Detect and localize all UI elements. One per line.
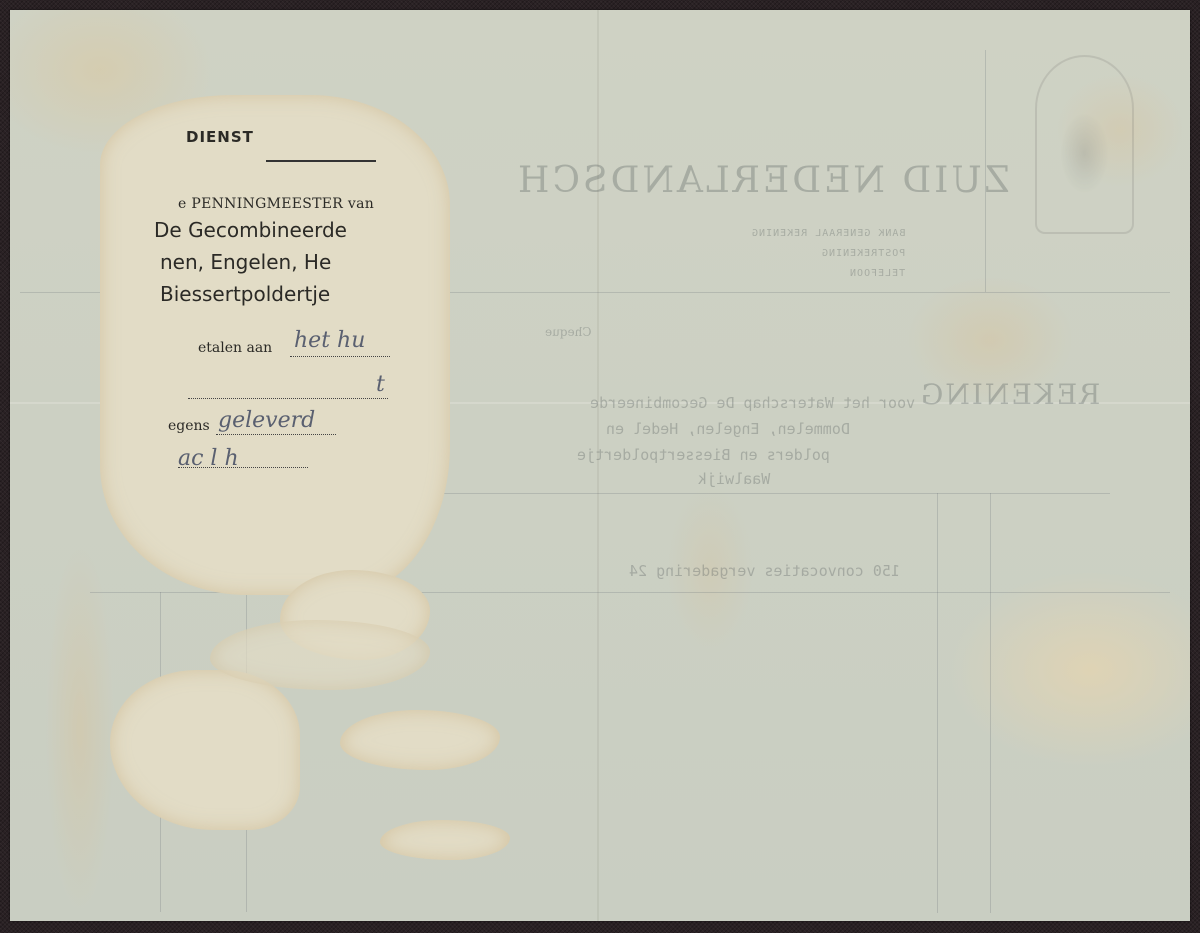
label-rule xyxy=(266,160,376,162)
handwriting-line2: t xyxy=(376,372,385,397)
bleed-typed-line: polders en Biessertpoldertje xyxy=(577,446,830,464)
label-org-line: Biessertpoldertje xyxy=(160,282,330,306)
treasurer-prefix: e xyxy=(178,196,187,212)
handwriting-reason: geleverd xyxy=(218,408,315,433)
handwriting-line4: ac l h xyxy=(178,446,239,471)
bleed-typed-line: 150 convocaties vergadering 24 xyxy=(629,562,900,580)
water-stain xyxy=(210,620,430,690)
bleed-company-sub: TELEFOON xyxy=(849,268,905,279)
label-header: DIENST xyxy=(186,128,254,146)
bleed-small-text: Cheque xyxy=(545,325,592,339)
field-reason-label: egens xyxy=(168,418,210,434)
document-sheet: ZUID NEDERLANDSCH BANK GENERAAL REKENING… xyxy=(10,10,1190,921)
bleed-invoice-heading: REKENING xyxy=(919,378,1100,411)
field-pay-to-label: etalen aan xyxy=(198,340,272,356)
water-stain xyxy=(340,710,500,770)
ruled-line xyxy=(990,493,991,913)
water-stain xyxy=(380,820,510,860)
ruled-line xyxy=(937,493,938,913)
pasted-label: DIENST e PENNINGMEESTER van De Gecombine… xyxy=(118,110,418,530)
crest-icon xyxy=(1035,55,1134,234)
water-stain xyxy=(110,670,300,830)
label-org-line: De Gecombineerde xyxy=(154,218,347,242)
bleed-company-name: ZUID NEDERLANDSCH xyxy=(515,160,1010,201)
bleed-typed-line: Waalwijk xyxy=(698,470,770,488)
label-org-line: nen, Engelen, He xyxy=(160,250,331,274)
label-treasurer: e PENNINGMEESTER van xyxy=(178,196,374,212)
treasurer-text: PENNINGMEESTER van xyxy=(191,196,374,212)
fold-line-vertical xyxy=(597,10,599,921)
bleed-company-sub: BANK GENERAAL REKENING xyxy=(751,228,905,239)
dotted-line xyxy=(188,398,388,399)
bleed-typed-line: Dommelen, Engelen, Hedel en xyxy=(606,420,850,438)
handwriting-pay-to: het hu xyxy=(294,328,365,353)
dotted-line xyxy=(216,434,336,435)
dotted-line xyxy=(290,356,390,357)
bleed-company-sub: POSTREKENING xyxy=(821,248,905,259)
bleed-typed-line: voor het Waterschap De Gecombineerde xyxy=(590,394,915,412)
